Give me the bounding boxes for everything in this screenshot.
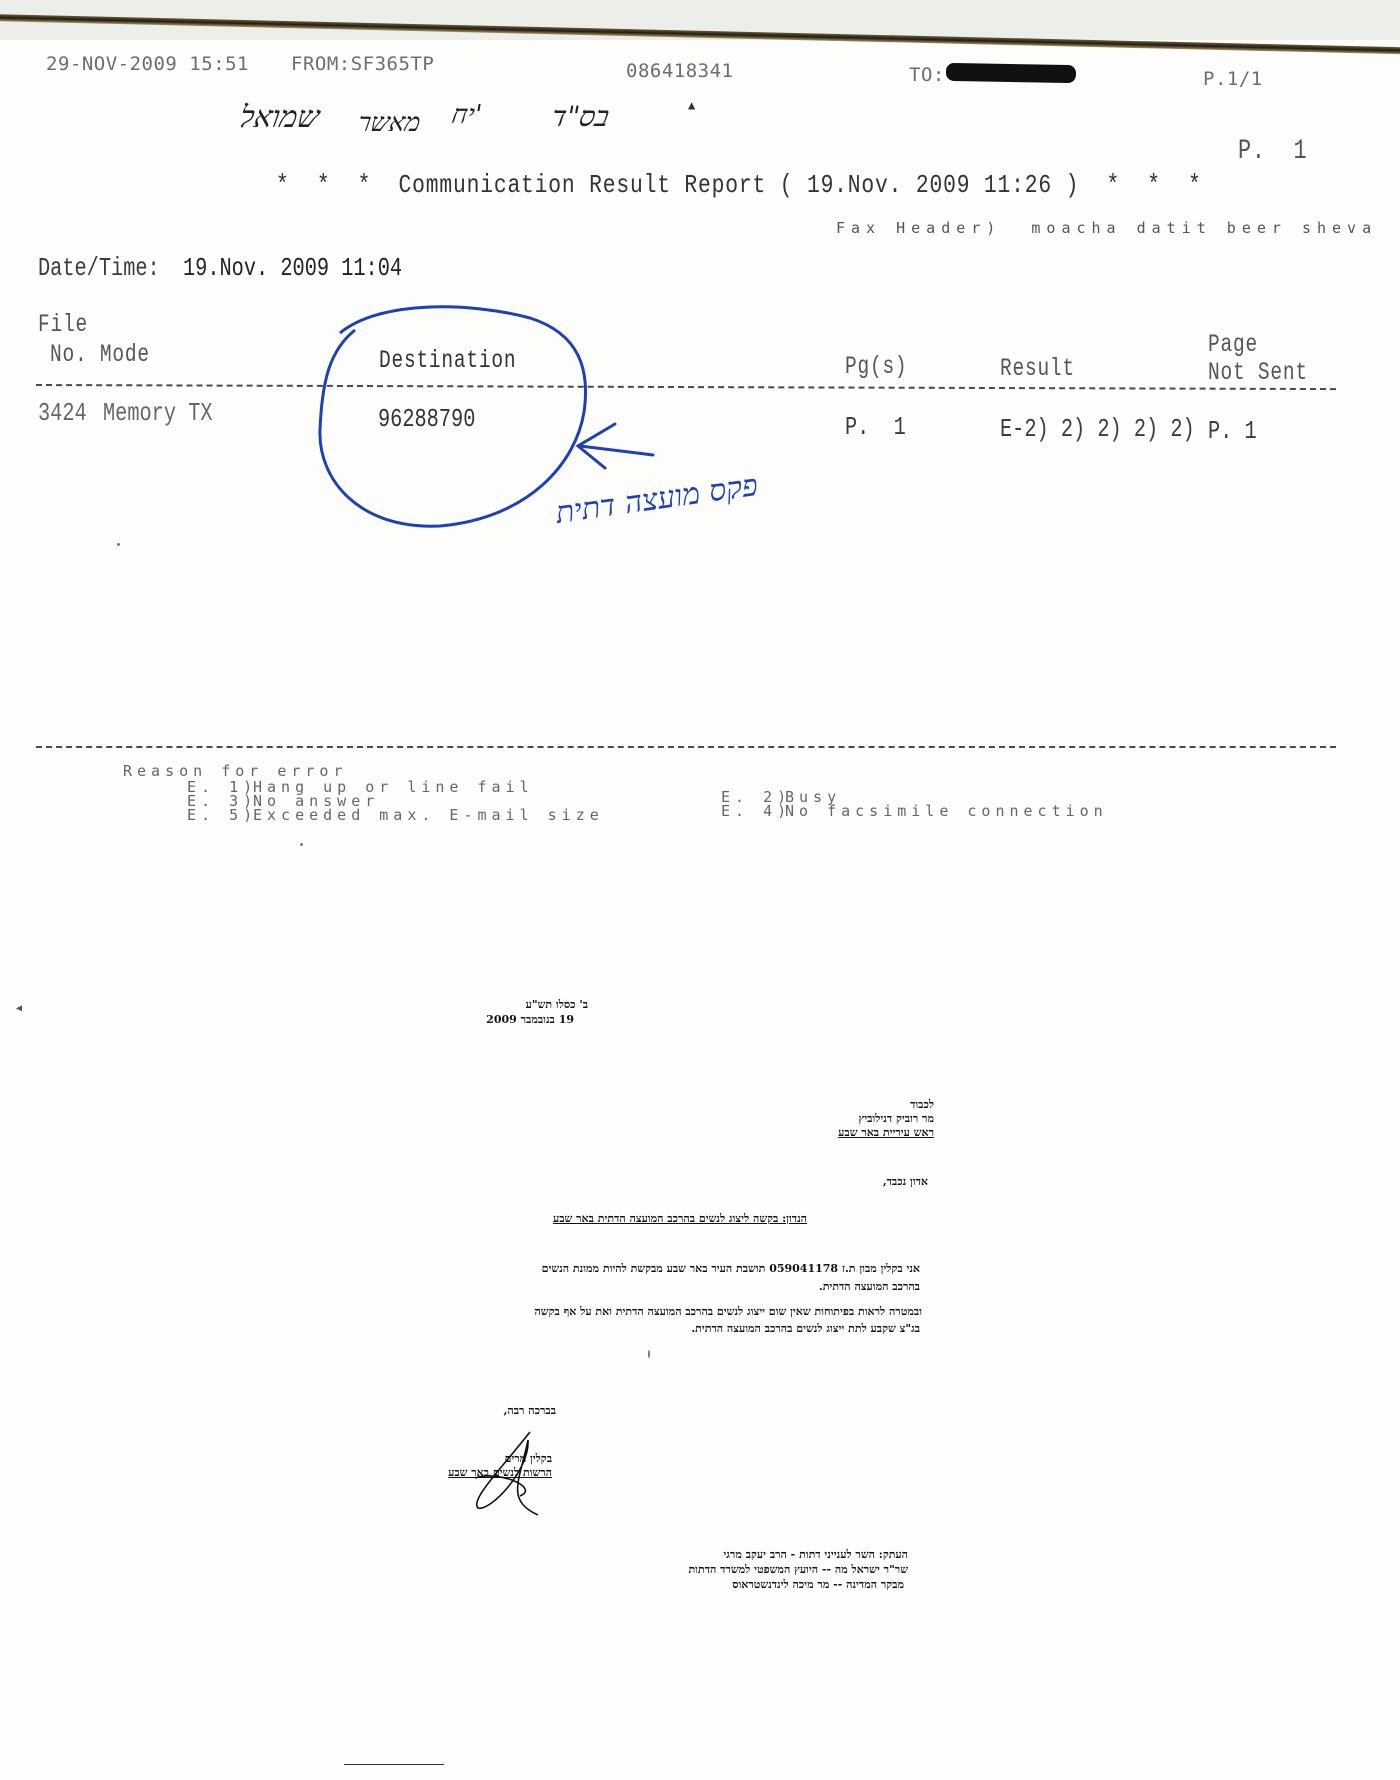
handwritten-word-2: מאשר xyxy=(355,108,422,138)
letter-cc-line-2: שר"ר ישראל מה -- היועץ המשפטי למשרד הדתו… xyxy=(688,1563,908,1576)
letter-cc-line-1: העתק: השר לענייני דתות - הרב יעקב מרגי xyxy=(723,1548,908,1561)
letter-to-line-3: ראש עיריית באר שבע xyxy=(838,1126,934,1139)
reasons-title: Reason for error xyxy=(123,764,348,778)
handwritten-note: פקס מועצה דתית xyxy=(554,468,760,531)
col-result: Result xyxy=(1000,354,1075,383)
cell-pages: P. 1 xyxy=(845,412,906,442)
handwritten-word-4: בס"ד xyxy=(549,100,612,134)
letter-hebrew-date: ב' כסלו תש"ע xyxy=(526,998,588,1011)
fax-sender-number: 086418341 xyxy=(626,60,733,82)
reason-e5-code: E. 5) xyxy=(187,808,257,822)
col-file: File xyxy=(38,310,88,339)
fax-to-label: TO: xyxy=(909,64,945,86)
reason-e4-text: No facsimile connection xyxy=(785,804,1108,818)
fax-timestamp: 29-NOV-2009 15:51 xyxy=(46,53,249,75)
letter-salutation: אדון נכבד, xyxy=(883,1175,928,1188)
datetime-label: Date/Time: xyxy=(38,253,160,283)
cell-destination: 96288790 xyxy=(378,404,475,434)
table-header-divider xyxy=(36,384,1336,390)
scan-speck xyxy=(300,843,303,846)
letter-body-line-2: בהרכב המועצה הדתית. xyxy=(819,1280,920,1293)
letter-to-line-2: מר רוביק דנילוביץ xyxy=(858,1112,934,1125)
letter-closing: בברכה רבה, xyxy=(504,1404,556,1417)
fax-page-count: P.1/1 xyxy=(1203,68,1263,90)
fax-header-line: Fax Header) moacha datit beer sheva xyxy=(836,219,1377,237)
letter-subject: הנדון: בקשה ליצוג לנשים בהרכב המועצה הדת… xyxy=(553,1212,807,1225)
cell-result: E-2) 2) 2) 2) 2) xyxy=(1000,414,1195,444)
handwritten-word-3: יח' xyxy=(449,100,484,130)
letter-body-line-1: אני בקלין מבון ת.ז 059041178 תושבת העיר … xyxy=(542,1262,920,1275)
scan-mark-icon: ◀ xyxy=(16,1003,22,1014)
col-no-mode: No. Mode xyxy=(50,340,150,369)
letter-body-line-3: ובמטרה לראות בפיתוחות שאין שום ייצוג לנש… xyxy=(534,1305,922,1318)
triangle-mark-icon: ▲ xyxy=(688,98,695,112)
reason-e4-code: E. 4) xyxy=(721,804,791,818)
fax-from: FROM:SF365TP xyxy=(291,53,434,75)
reason-e5-text: Exceeded max. E-mail size xyxy=(253,808,604,822)
letter-cc-line-3: מבקר המדינה -- מר מיכה לינדנשטראוס xyxy=(732,1578,904,1591)
scan-speck xyxy=(117,543,120,546)
letter-to-line-1: לכבוד xyxy=(910,1098,934,1111)
scan-speck xyxy=(648,1350,650,1358)
cell-page-not-sent: P. 1 xyxy=(1208,416,1257,446)
pen-arrow-icon xyxy=(578,424,653,468)
col-pages: Pg(s) xyxy=(845,352,907,381)
redacted-recipient-number xyxy=(946,63,1076,83)
letter-signature-line-1: בקלין מרים xyxy=(504,1452,552,1465)
reasons-divider xyxy=(36,746,1336,748)
letter-gregorian-date: 19 בנובמבר 2009 xyxy=(486,1013,574,1026)
letter-signature-line-2: הרשות לנשים באר שבע xyxy=(448,1466,552,1479)
col-destination: Destination xyxy=(379,346,516,375)
col-page-not-sent: Not Sent xyxy=(1208,358,1308,387)
scan-line-artifact xyxy=(344,1764,444,1765)
datetime-value: 19.Nov. 2009 11:04 xyxy=(183,253,402,283)
report-page-marker: P. 1 xyxy=(1238,136,1307,167)
letter-body-line-4: בג"צ שקבע לתת ייצוג לנשים בהרכב המועצה ה… xyxy=(691,1322,920,1335)
report-title: * * * Communication Result Report ( 19.N… xyxy=(276,170,1202,200)
cell-file-no: 3424 xyxy=(38,398,87,428)
col-page-not-sent-top: Page xyxy=(1208,330,1258,359)
handwritten-word-1: שמואל xyxy=(237,100,322,135)
cell-mode: Memory TX xyxy=(103,398,213,428)
